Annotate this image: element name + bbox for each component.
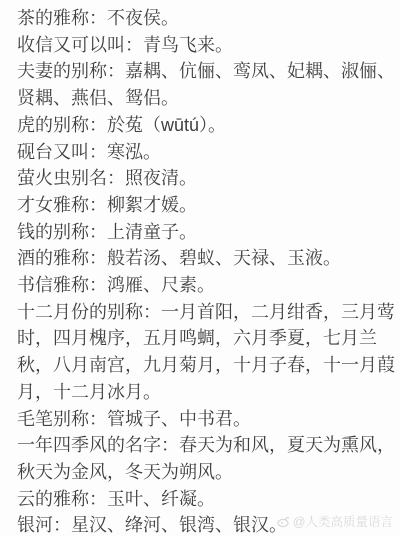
text-content: 茶的雅称：不夜侯。 收信又可以叫：青鸟飞来。 夫妻的别称：嘉耦、伉俪、鸾凤、妃耦… xyxy=(17,5,396,536)
list-item: 十二月份的别称：一月首阳，二月绀香，三月莺时，四月槐序，五月鸣蜩，六月季夏，七月… xyxy=(17,299,396,406)
list-item: 虎的别称：於菟（wūtú）。 xyxy=(17,112,396,139)
list-item: 才女雅称：柳絮才媛。 xyxy=(17,192,396,219)
list-item: 收信又可以叫：青鸟飞来。 xyxy=(17,32,396,59)
list-item: 书信雅称：鸿雁、尺素。 xyxy=(17,272,396,299)
list-item: 毛笔别称：管城子、中书君。 xyxy=(17,406,396,433)
list-item: 夫妻的别称：嘉耦、伉俪、鸾凤、妃耦、淑俪、贤耦、燕侣、鸳侣。 xyxy=(17,58,396,111)
list-item: 砚台又叫：寒泓。 xyxy=(17,139,396,166)
list-item: 茶的雅称：不夜侯。 xyxy=(17,5,396,32)
list-item: 酒的雅称：般若汤、碧蚁、天禄、玉液。 xyxy=(17,245,396,272)
watermark: @人类高质量语言 xyxy=(276,515,393,529)
list-item: 一年四季风的名字：春天为和风，夏天为熏风，秋天为金风，冬天为朔风。 xyxy=(17,432,396,485)
list-item: 钱的别称：上清童子。 xyxy=(17,219,396,246)
list-item: 云的雅称：玉叶、纤凝。 xyxy=(17,486,396,513)
document-page: 茶的雅称：不夜侯。 收信又可以叫：青鸟飞来。 夫妻的别称：嘉耦、伉俪、鸾凤、妃耦… xyxy=(0,0,400,536)
weibo-logo-icon xyxy=(276,515,290,529)
watermark-text: @人类高质量语言 xyxy=(293,516,393,529)
list-item: 萤火虫别名：照夜清。 xyxy=(17,165,396,192)
